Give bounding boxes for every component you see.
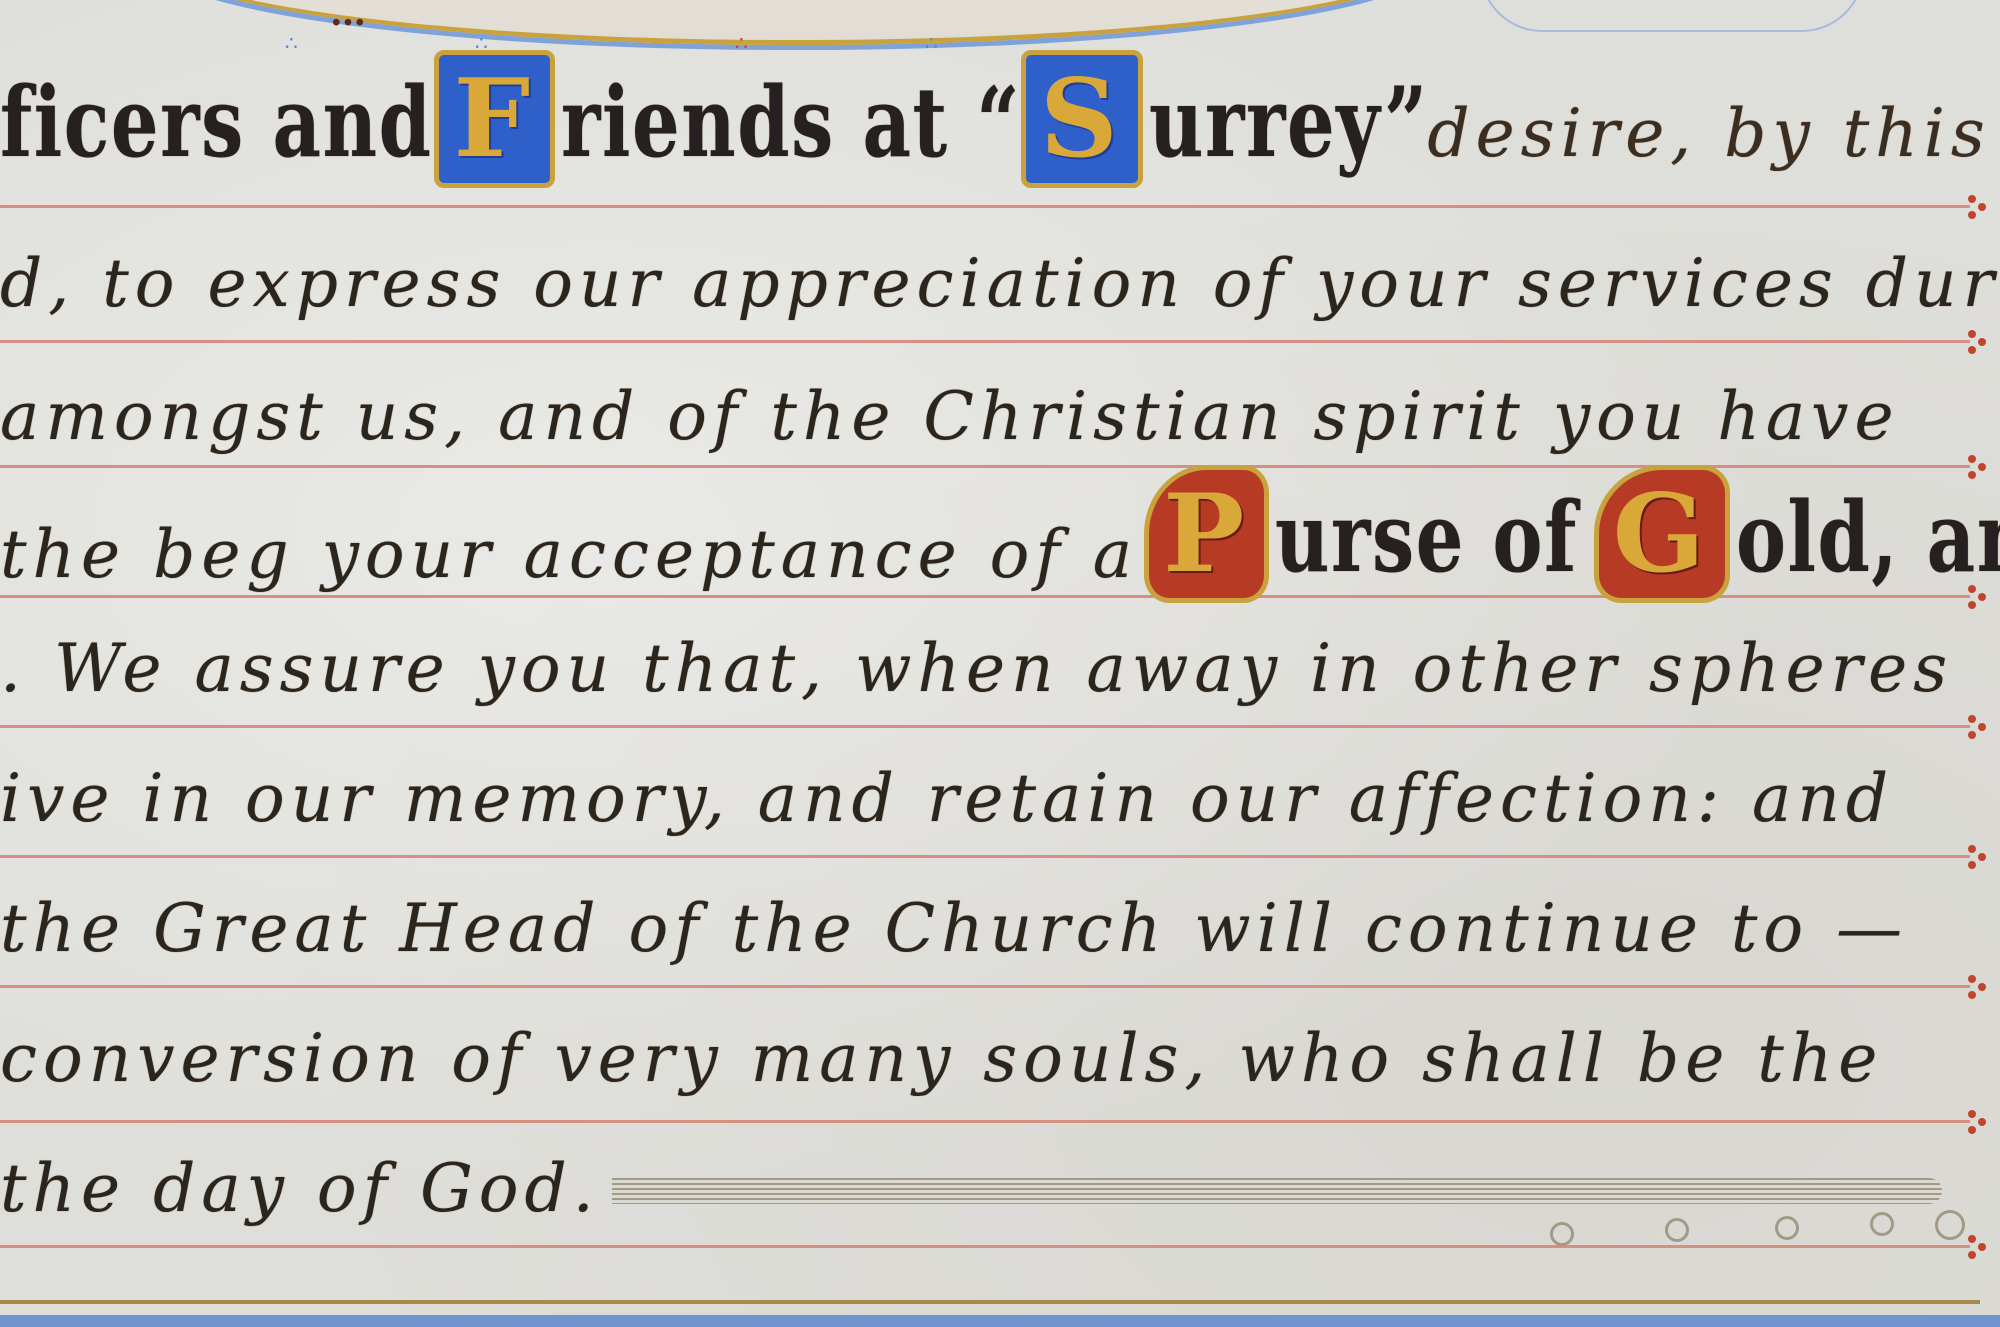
blue-dot-ornament: ∴	[285, 36, 298, 50]
illuminated-initial-s: S	[1021, 50, 1143, 188]
curl-ornament	[1870, 1212, 1894, 1236]
blackletter-text: urse of	[1275, 481, 1578, 594]
illuminated-initial-g: G	[1594, 465, 1730, 603]
blue-dot-ornament: ∴	[475, 36, 488, 50]
rule-terminal-dots	[1968, 975, 1992, 1001]
rule-line	[0, 1245, 1970, 1248]
text-line-8: conversion of very many souls, who shall…	[0, 1020, 1883, 1097]
rule-line	[0, 985, 1970, 988]
blackletter-text: old, and	[1736, 481, 2000, 594]
text-line-3: amongst us, and of the Christian spirit …	[0, 378, 1900, 455]
text-line-9: the day of God.	[0, 1150, 600, 1227]
curl-ornament	[1775, 1216, 1799, 1240]
script-text: desire, by this	[1427, 95, 1990, 172]
rule-line	[0, 205, 1970, 208]
rule-terminal-dots	[1968, 1110, 1992, 1136]
banner-lettering: …	[330, 0, 396, 34]
text-line-5: . We assure you that, when away in other…	[0, 630, 1953, 707]
gold-border-line	[0, 1300, 1980, 1304]
text-line-7: the Great Head of the Church will contin…	[0, 890, 1908, 967]
red-dot-ornament: ∴	[735, 36, 748, 50]
illuminated-initial-p: P	[1144, 465, 1269, 603]
rule-line	[0, 340, 1970, 343]
illuminated-initial-f: F	[434, 50, 555, 188]
text-line-1: ficers and Friends at “Surrey” desire, b…	[0, 50, 1991, 188]
rule-terminal-dots	[1968, 195, 1992, 221]
manuscript-page: … ∴ ∴ ∴ ∴ ficers and Friends at “Surrey”…	[0, 0, 2000, 1327]
blue-border-band	[0, 1315, 2000, 1327]
rule-terminal-dots	[1968, 845, 1992, 871]
rule-terminal-dots	[1968, 1235, 1992, 1261]
blue-flourish-ornament	[1480, 0, 1864, 32]
text-line-4: the beg your acceptance of a Purse of Go…	[0, 465, 2000, 603]
rule-terminal-dots	[1968, 715, 1992, 741]
text-line-2: d, to express our appreciation of your s…	[0, 245, 2000, 322]
blackletter-text: ficers and	[0, 66, 432, 179]
rule-line	[0, 855, 1970, 858]
rule-line	[0, 1120, 1970, 1123]
text-line-6: ive in our memory, and retain our affect…	[0, 760, 1894, 837]
curl-ornament	[1665, 1218, 1689, 1242]
rule-line	[0, 725, 1970, 728]
blackletter-text: urrey”	[1149, 66, 1429, 179]
curl-ornament	[1935, 1210, 1965, 1240]
rule-terminal-dots	[1968, 330, 1992, 356]
blackletter-text: riends at “	[561, 66, 1021, 179]
curl-ornament	[1550, 1222, 1574, 1246]
closing-pen-flourish	[612, 1178, 1942, 1204]
blue-dot-ornament: ∴	[925, 36, 938, 50]
script-text: the beg your acceptance of a	[0, 516, 1138, 593]
